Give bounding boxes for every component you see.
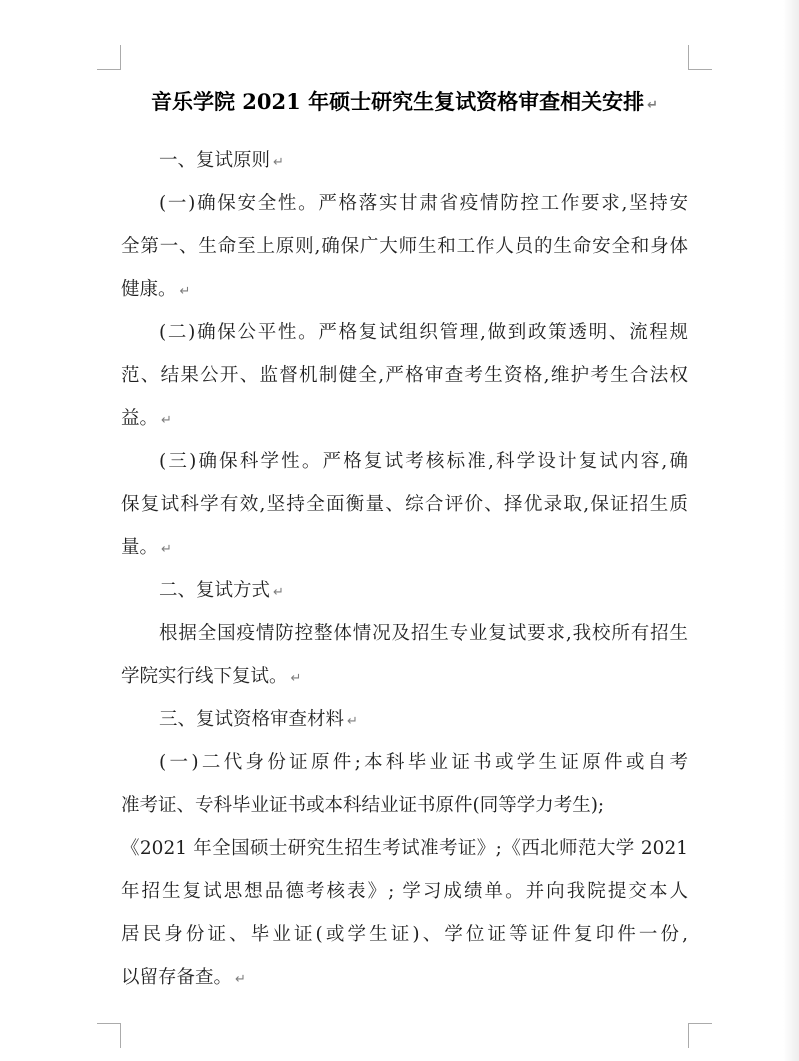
- text-line: 益。↵: [121, 397, 688, 440]
- page-edge-shadow: [783, 0, 799, 1061]
- text-run: 《2021 年全国硕士研究生招生考试准考证》;《西北师范大学 2021: [121, 838, 688, 859]
- text-line: 居民身份证、毕业证(或学生证)、学位证等证件复印件一份,: [121, 913, 688, 956]
- text-area: 音乐学院 2021 年硕士研究生复试资格审查相关安排↵ 一、复试原则↵(一)确保…: [121, 80, 688, 999]
- document-title-text: 音乐学院 2021 年硕士研究生复试资格审查相关安排: [151, 89, 644, 114]
- text-run: 以留存备查。: [121, 967, 232, 988]
- text-run: (二)确保公平性。严格复试组织管理,做到政策透明、流程规: [159, 322, 688, 343]
- paragraph-mark: ↵: [270, 585, 284, 600]
- paragraph-mark: ↵: [232, 972, 246, 987]
- paragraph-mark: ↵: [158, 413, 172, 428]
- text-line: 健康。↵: [121, 268, 688, 311]
- text-line: 全第一、生命至上原则,确保广大师生和工作人员的生命安全和身体: [121, 225, 688, 268]
- crop-mark-top-left: [97, 45, 121, 70]
- text-run: 根据全国疫情防控整体情况及招生专业复试要求,我校所有招生: [159, 623, 688, 644]
- crop-mark-bottom-right: [688, 1023, 712, 1048]
- paragraph-mark: ↵: [644, 98, 658, 113]
- text-line: (二)确保公平性。严格复试组织管理,做到政策透明、流程规: [121, 311, 688, 354]
- text-run: 量。: [121, 537, 158, 558]
- text-line: 量。↵: [121, 526, 688, 569]
- text-run: 二、复试方式: [159, 580, 270, 601]
- text-line: 一、复试原则↵: [121, 139, 688, 182]
- paragraph-mark: ↵: [288, 671, 302, 686]
- paragraph-mark: ↵: [177, 284, 191, 299]
- paragraph: (一)二代身份证原件;本科毕业证书或学生证原件或自考准考证、专科毕业证书或本科结…: [121, 741, 688, 999]
- text-line: 根据全国疫情防控整体情况及招生专业复试要求,我校所有招生: [121, 612, 688, 655]
- section-heading: 三、复试资格审查材料↵: [121, 698, 688, 741]
- document-page[interactable]: 音乐学院 2021 年硕士研究生复试资格审查相关安排↵ 一、复试原则↵(一)确保…: [0, 0, 799, 1061]
- text-run: 健康。: [121, 279, 177, 300]
- text-line: 三、复试资格审查材料↵: [121, 698, 688, 741]
- text-run: 全第一、生命至上原则,确保广大师生和工作人员的生命安全和身体: [121, 236, 688, 257]
- text-line: 学院实行线下复试。↵: [121, 655, 688, 698]
- text-run: 益。: [121, 408, 158, 429]
- paragraph: (三)确保科学性。严格复试考核标准,科学设计复试内容,确保复试科学有效,坚持全面…: [121, 440, 688, 569]
- text-run: (一)确保安全性。严格落实甘肃省疫情防控工作要求,坚持安: [159, 193, 688, 214]
- text-run: 一、复试原则: [159, 150, 270, 171]
- text-run: 范、结果公开、监督机制健全,严格审查考生资格,维护考生合法权: [121, 365, 688, 386]
- text-line: 范、结果公开、监督机制健全,严格审查考生资格,维护考生合法权: [121, 354, 688, 397]
- text-run: 准考证、专科毕业证书或本科结业证书原件(同等学力考生);: [121, 795, 604, 816]
- text-run: 学院实行线下复试。: [121, 666, 288, 687]
- paragraph-mark: ↵: [270, 155, 284, 170]
- paragraph: 根据全国疫情防控整体情况及招生专业复试要求,我校所有招生学院实行线下复试。↵: [121, 612, 688, 698]
- text-run: 保复试科学有效,坚持全面衡量、综合评价、择优录取,保证招生质: [121, 494, 688, 515]
- paragraph-mark: ↵: [158, 542, 172, 557]
- text-line: (一)二代身份证原件;本科毕业证书或学生证原件或自考: [121, 741, 688, 784]
- section-heading: 一、复试原则↵: [121, 139, 688, 182]
- text-run: (一)二代身份证原件;本科毕业证书或学生证原件或自考: [159, 752, 688, 773]
- text-line: 年招生复试思想品德考核表》; 学习成绩单。并向我院提交本人: [121, 870, 688, 913]
- text-run: (三)确保科学性。严格复试考核标准,科学设计复试内容,确: [159, 451, 688, 472]
- text-line: 《2021 年全国硕士研究生招生考试准考证》;《西北师范大学 2021: [121, 827, 688, 870]
- section-heading: 二、复试方式↵: [121, 569, 688, 612]
- text-line: (一)确保安全性。严格落实甘肃省疫情防控工作要求,坚持安: [121, 182, 688, 225]
- text-run: 居民身份证、毕业证(或学生证)、学位证等证件复印件一份,: [121, 924, 688, 945]
- paragraph-mark: ↵: [344, 714, 358, 729]
- text-line: 保复试科学有效,坚持全面衡量、综合评价、择优录取,保证招生质: [121, 483, 688, 526]
- text-run: 三、复试资格审查材料: [159, 709, 344, 730]
- paragraph: (一)确保安全性。严格落实甘肃省疫情防控工作要求,坚持安全第一、生命至上原则,确…: [121, 182, 688, 311]
- paragraph: (二)确保公平性。严格复试组织管理,做到政策透明、流程规范、结果公开、监督机制健…: [121, 311, 688, 440]
- text-line: (三)确保科学性。严格复试考核标准,科学设计复试内容,确: [121, 440, 688, 483]
- text-line: 以留存备查。↵: [121, 956, 688, 999]
- document-title: 音乐学院 2021 年硕士研究生复试资格审查相关安排↵: [121, 80, 688, 123]
- text-line: 准考证、专科毕业证书或本科结业证书原件(同等学力考生);: [121, 784, 688, 827]
- text-line: 二、复试方式↵: [121, 569, 688, 612]
- crop-mark-bottom-left: [97, 1023, 121, 1048]
- text-run: 年招生复试思想品德考核表》; 学习成绩单。并向我院提交本人: [121, 881, 688, 902]
- document-body: 一、复试原则↵(一)确保安全性。严格落实甘肃省疫情防控工作要求,坚持安全第一、生…: [121, 139, 688, 999]
- crop-mark-top-right: [688, 45, 712, 70]
